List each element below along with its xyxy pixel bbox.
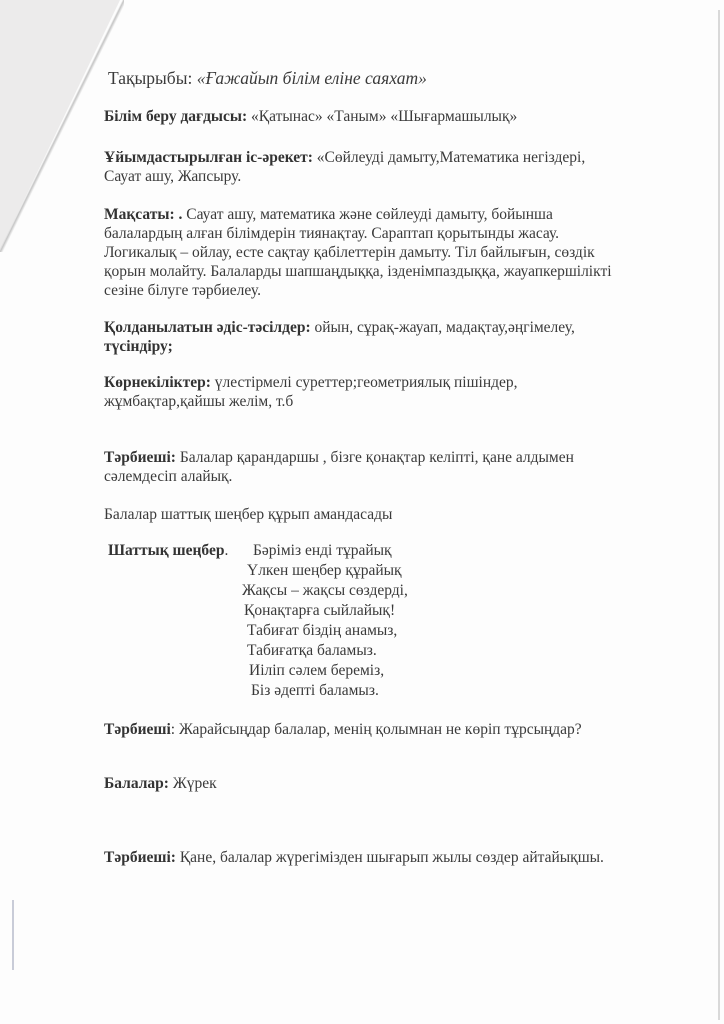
goal-line-4: қорын молайту. Балаларды шапшаңдыққа, із… bbox=[104, 262, 694, 281]
poem-line-2: Үлкен шеңбер құрайық bbox=[247, 561, 402, 580]
skills-line: Білім беру дағдысы: «Қатынас» «Таным» «Ш… bbox=[104, 107, 694, 126]
visuals-label: Көрнекіліктер: bbox=[104, 374, 211, 391]
children-answer: Балалар: Жүрек bbox=[104, 774, 694, 793]
title-value: «Ғажайып білім еліне саяхат» bbox=[197, 68, 427, 88]
visuals-line-1: үлестірмелі суреттер;геометриялық пішінд… bbox=[211, 374, 518, 391]
methods-line-1: ойын, сұрақ-жауап, мадақтау,әңгімелеу, bbox=[311, 319, 575, 336]
poem-line-1: Бәріміз енді тұрайық bbox=[253, 541, 392, 560]
teacher-question: Тәрбиеші: Жарайсыңдар балалар, менің қол… bbox=[104, 720, 694, 739]
teacher-request: Тәрбиеші: Қане, балалар жүрегімізден шығ… bbox=[104, 848, 694, 867]
methods-section: Қолданылатын әдіс-тәсілдер: ойын, сұрақ-… bbox=[104, 318, 694, 356]
poem-line-6: Табиғатқа баламыз. bbox=[247, 641, 377, 660]
activity-section: Ұйымдастырылған іс-әрекет: «Сөйлеуді дам… bbox=[104, 148, 694, 186]
goal-label: Мақсаты: . bbox=[104, 206, 182, 223]
poem-label-suffix: . bbox=[224, 542, 228, 559]
page-edge bbox=[718, 10, 720, 1020]
teacher-label-1: Тәрбиеші: bbox=[104, 449, 176, 466]
poem-line-7: Иіліп сәлем береміз, bbox=[249, 661, 384, 680]
teacher-question-text: : Жарайсыңдар балалар, менің қолымнан не… bbox=[171, 721, 582, 738]
poem-line-3: Жақсы – жақсы сөздерді, bbox=[242, 581, 408, 600]
title-label: Тақырыбы: bbox=[108, 68, 197, 88]
poem-line-5: Табиғат біздің анамыз, bbox=[247, 621, 397, 640]
poem-line-4: Қонақтарға сыйлайық! bbox=[244, 601, 395, 620]
activity-label: Ұйымдастырылған іс-әрекет: bbox=[104, 149, 313, 166]
teacher-greeting-line-1: Балалар қарандаршы , бізге қонақтар келі… bbox=[176, 449, 574, 466]
children-circle-line: Балалар шаттық шеңбер құрып амандасады bbox=[104, 505, 694, 524]
scanned-page: Тақырыбы: «Ғажайып білім еліне саяхат» Б… bbox=[0, 0, 724, 1024]
goal-line-2: балалардың алған білімдерін тиянақтау. С… bbox=[104, 224, 694, 243]
methods-label: Қолданылатын әдіс-тәсілдер: bbox=[104, 319, 311, 336]
skills-label: Білім беру дағдысы: bbox=[104, 108, 247, 125]
teacher-greeting-line-2: сәлемдесіп алайық. bbox=[104, 467, 694, 486]
goal-line-1: Сауат ашу, математика және сөйлеуді дамы… bbox=[182, 206, 552, 223]
poem-section: Шаттық шеңбер. Бәріміз енді тұрайық Үлке… bbox=[108, 541, 698, 701]
page-title: Тақырыбы: «Ғажайып білім еліне саяхат» bbox=[108, 69, 698, 88]
visuals-section: Көрнекіліктер: үлестірмелі суреттер;геом… bbox=[104, 373, 694, 411]
activity-line-2: Сауат ашу, Жапсыру. bbox=[104, 167, 694, 186]
scan-mark bbox=[12, 900, 14, 970]
skills-value: «Қатынас» «Таным» «Шығармашылық» bbox=[247, 108, 517, 125]
methods-line-2: түсіндіру; bbox=[104, 338, 173, 355]
activity-line-1: «Сөйлеуді дамыту,Математика негіздері, bbox=[313, 149, 585, 166]
children-answer-text: Жүрек bbox=[169, 775, 217, 792]
poem-label: Шаттық шеңбер bbox=[108, 542, 224, 559]
teacher-label-3: Тәрбиеші: bbox=[104, 849, 176, 866]
goal-line-3: Логикалық – ойлау, есте сақтау қабілетте… bbox=[104, 243, 694, 262]
children-label: Балалар: bbox=[104, 775, 169, 792]
visuals-line-2: жұмбақтар,қайшы желім, т.б bbox=[104, 392, 694, 411]
teacher-label-2: Тәрбиеші bbox=[104, 721, 171, 738]
goal-line-5: сезіне білуге тәрбиелеу. bbox=[104, 281, 694, 300]
goal-section: Мақсаты: . Сауат ашу, математика және сө… bbox=[104, 205, 694, 300]
poem-line-8: Біз әдепті баламыз. bbox=[251, 681, 379, 700]
teacher-request-text: Қане, балалар жүрегімізден шығарып жылы … bbox=[176, 849, 604, 866]
teacher-greeting: Тәрбиеші: Балалар қарандаршы , бізге қон… bbox=[104, 448, 694, 486]
